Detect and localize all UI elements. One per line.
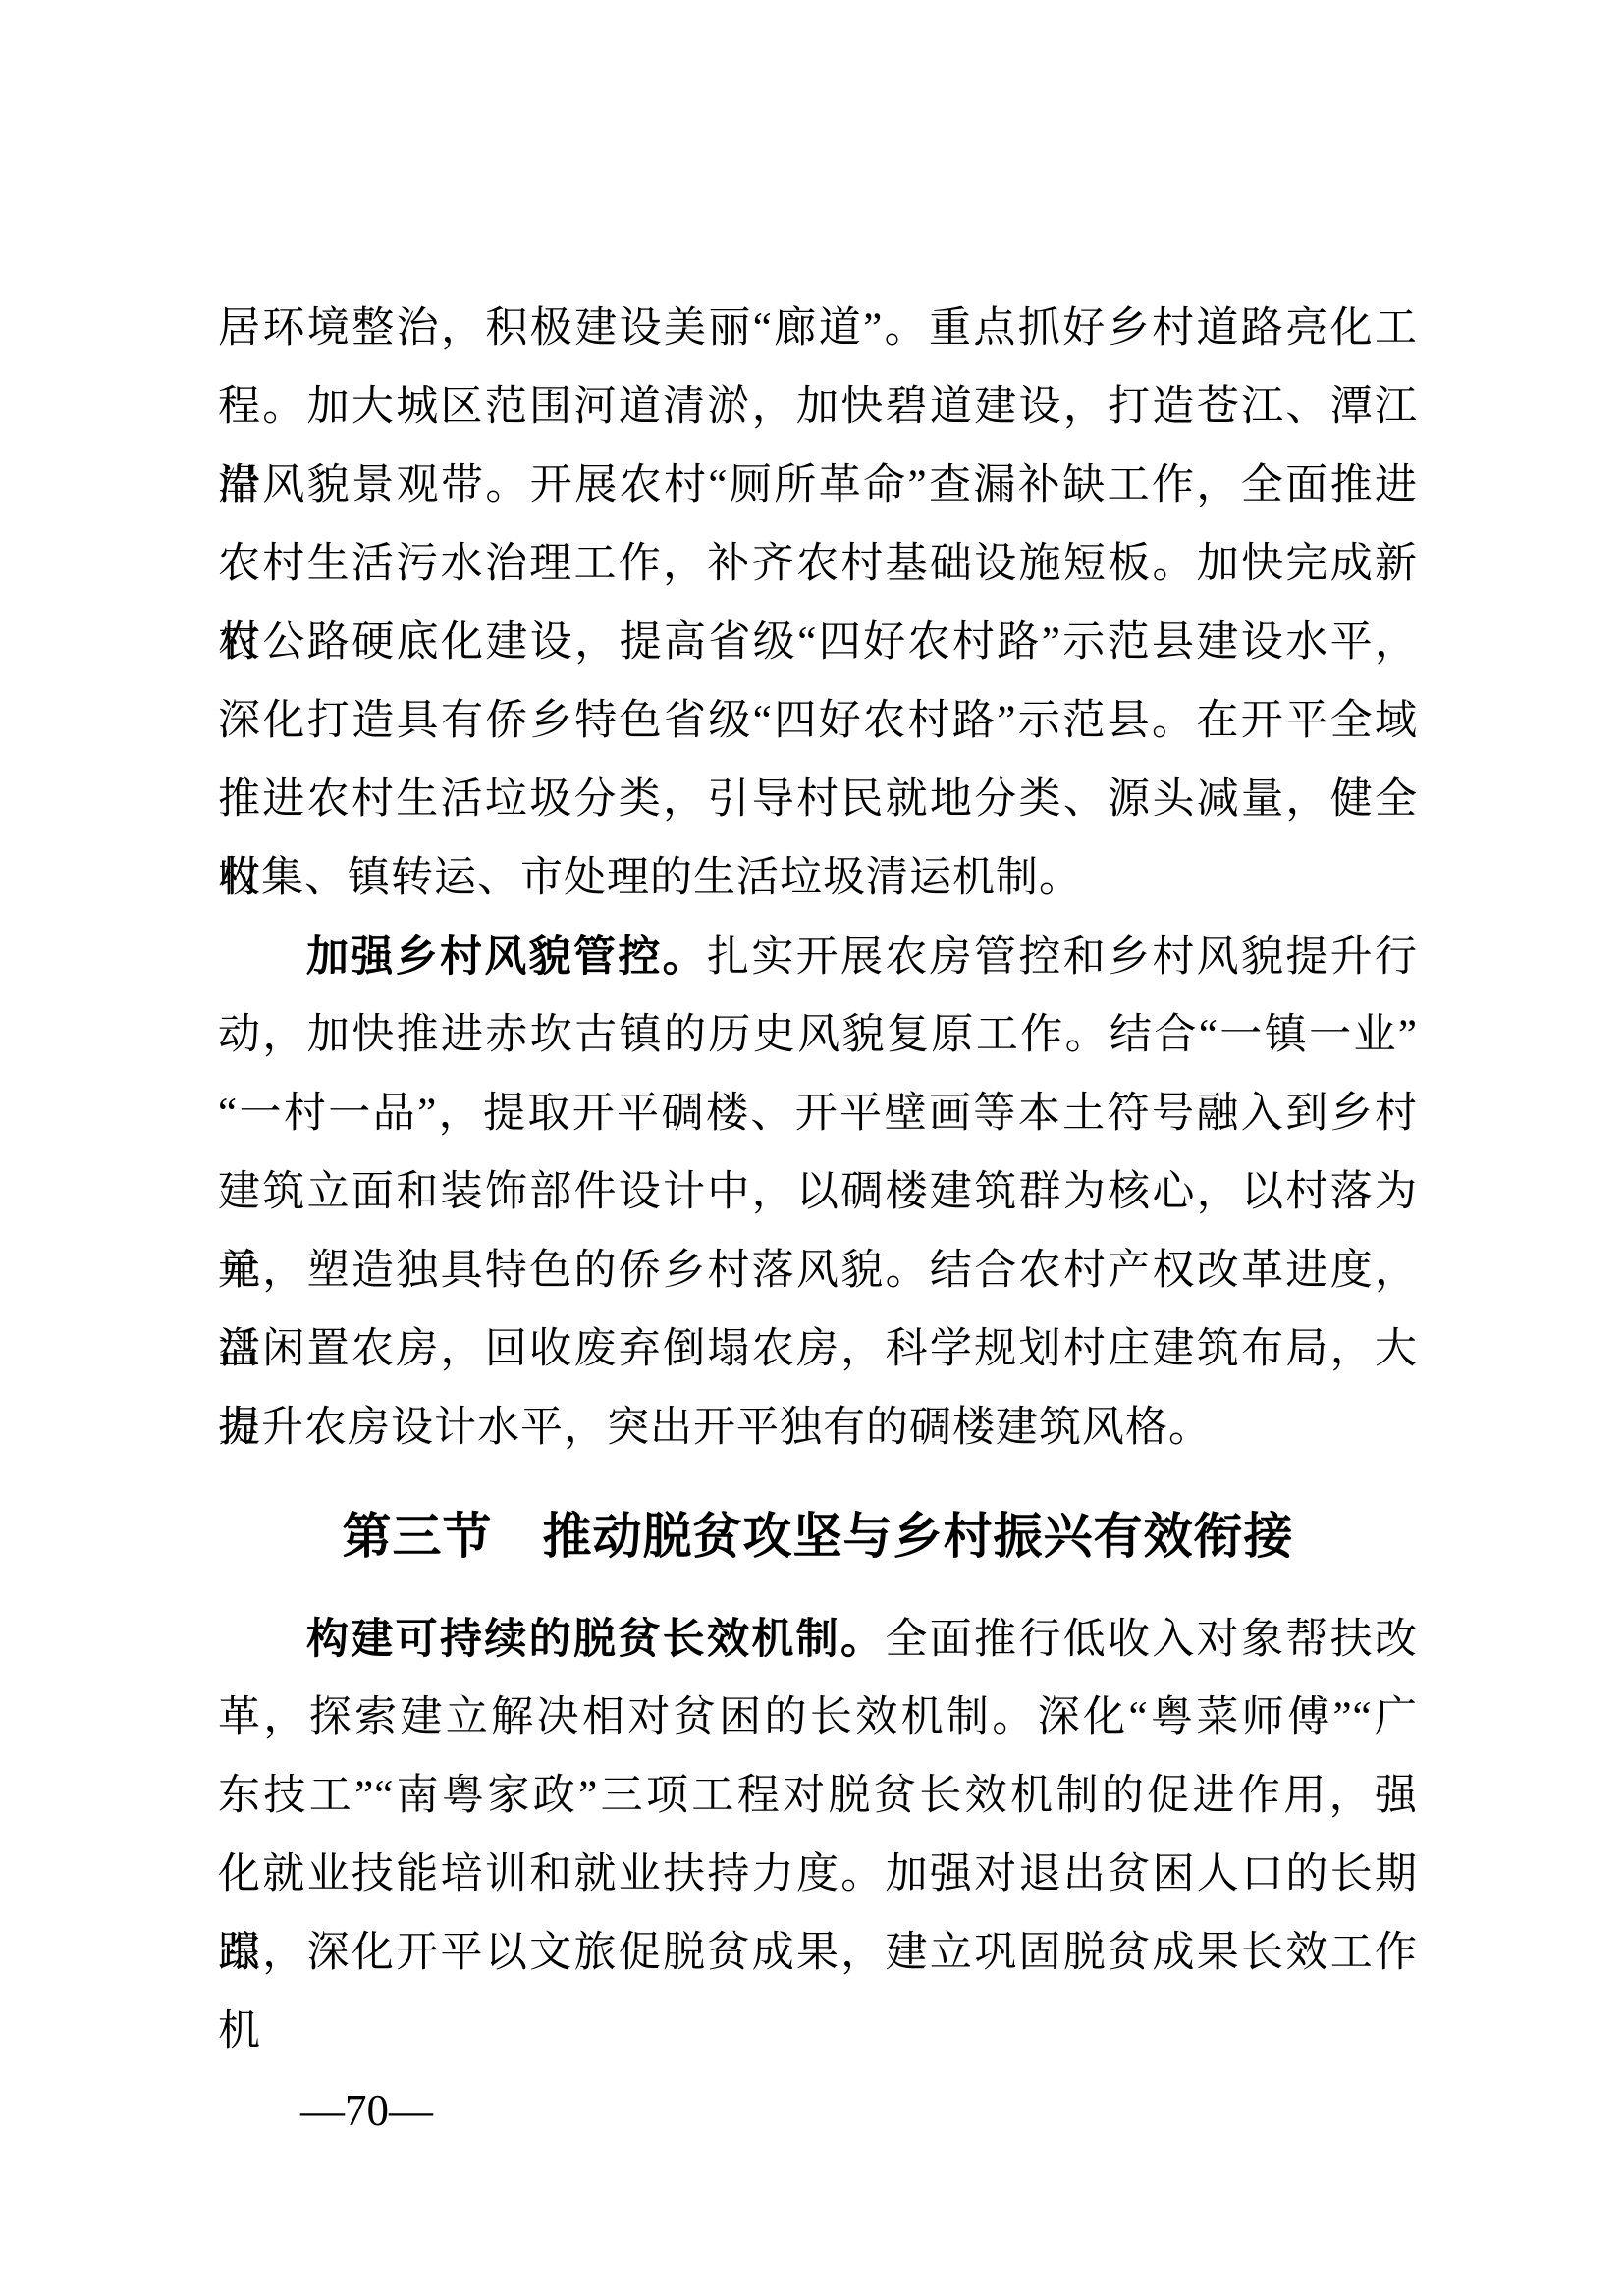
- page-number: —70—: [300, 2087, 433, 2134]
- body-text: 动，加快推进赤坎古镇的历史风貌复原工作。结合“一镇一业”: [218, 1012, 1418, 1058]
- text-line: 化就业技能培训和就业扶持力度。加强对退出贫困人口的长期跟: [218, 1836, 1418, 1914]
- text-line: 推进农村生活垃圾分类，引导村民就地分类、源头减量，健全村: [218, 761, 1418, 839]
- para-renju-huanjing: 居环境整治，积极建设美丽“廊道”。重点抓好乡村道路亮化工程。加大城区范围河道清淤…: [218, 290, 1418, 918]
- body-text: 扎实开展农房管控和乡村风貌提升行: [707, 934, 1418, 981]
- body-text: 收集、镇转运、市处理的生活垃圾清运机制。: [218, 855, 1082, 901]
- bold-lead-text: 构建可持续的脱贫长效机制。: [306, 1616, 885, 1663]
- text-line: 元，塑造独具特色的侨乡村落风貌。结合农村产权改革进度，盘: [218, 1232, 1418, 1310]
- text-block: 居环境整治，积极建设美丽“廊道”。重点抓好乡村道路亮化工程。加大城区范围河道清淤…: [218, 290, 1418, 1993]
- body-text: 革，探索建立解决相对贫困的长效机制。深化“粤菜师傅”“广: [218, 1694, 1418, 1740]
- text-line: 活闲置农房，回收废弃倒塌农房，科学规划村庄建筑布局，大力: [218, 1310, 1418, 1389]
- body-text: 全面推行低收入对象帮扶改: [885, 1617, 1418, 1663]
- body-text: 东技工”“南粤家政”三项工程对脱贫长效机制的促进作用，强: [218, 1773, 1418, 1819]
- text-line: 构建可持续的脱贫长效机制。全面推行低收入对象帮扶改: [218, 1600, 1418, 1679]
- text-line: 收集、镇转运、市处理的生活垃圾清运机制。: [218, 839, 1418, 918]
- bold-lead-text: 加强乡村风貌管控。: [306, 934, 707, 981]
- body-text: 岸风貌景观带。开展农村“厕所革命”查漏补缺工作，全面推进: [218, 462, 1418, 508]
- text-line: 程。加大城区范围河道清淤，加快碧道建设，打造苍江、潭江沿: [218, 368, 1418, 447]
- text-line: “一村一品”，提取开平碉楼、开平壁画等本土符号融入到乡村: [218, 1075, 1418, 1153]
- text-line: 踪，深化开平以文旅促脱贫成果，建立巩固脱贫成果长效工作机: [218, 1914, 1418, 1993]
- body-text: 提升农房设计水平，突出开平独有的碉楼建筑风格。: [218, 1405, 1212, 1451]
- text-line: 村公路硬底化建设，提高省级“四好农村路”示范县建设水平，: [218, 604, 1418, 682]
- section-heading: 第三节 推动脱贫攻坚与乡村振兴有效衔接: [218, 1497, 1418, 1575]
- text-line: 革，探索建立解决相对贫困的长效机制。深化“粤菜师傅”“广: [218, 1679, 1418, 1757]
- text-line: 加强乡村风貌管控。扎实开展农房管控和乡村风貌提升行: [218, 918, 1418, 996]
- text-line: 动，加快推进赤坎古镇的历史风貌复原工作。结合“一镇一业”: [218, 996, 1418, 1075]
- body-text: 深化打造具有侨乡特色省级“四好农村路”示范县。在开平全域: [218, 698, 1418, 744]
- para-tuopin-gongjian: 构建可持续的脱贫长效机制。全面推行低收入对象帮扶改革，探索建立解决相对贫困的长效…: [218, 1600, 1418, 1993]
- body-text: “一村一品”，提取开平碉楼、开平壁画等本土符号融入到乡村: [218, 1091, 1418, 1137]
- body-text: 踪，深化开平以文旅促脱贫成果，建立巩固脱贫成果长效工作机: [218, 1930, 1418, 2055]
- text-line: 居环境整治，积极建设美丽“廊道”。重点抓好乡村道路亮化工: [218, 290, 1418, 368]
- text-line: 农村生活污水治理工作，补齐农村基础设施短板。加快完成新农: [218, 525, 1418, 604]
- document-page: 居环境整治，积极建设美丽“廊道”。重点抓好乡村道路亮化工程。加大城区范围河道清淤…: [0, 0, 1624, 2296]
- para-xiangcun-fengmao: 加强乡村风貌管控。扎实开展农房管控和乡村风貌提升行动，加快推进赤坎古镇的历史风貌…: [218, 918, 1418, 1468]
- text-line: 岸风貌景观带。开展农村“厕所革命”查漏补缺工作，全面推进: [218, 447, 1418, 525]
- body-text: 居环境整治，积极建设美丽“廊道”。重点抓好乡村道路亮化工: [218, 305, 1418, 351]
- text-line: 建筑立面和装饰部件设计中，以碉楼建筑群为核心，以村落为单: [218, 1153, 1418, 1232]
- text-line: 提升农房设计水平，突出开平独有的碉楼建筑风格。: [218, 1389, 1418, 1468]
- text-line: 深化打造具有侨乡特色省级“四好农村路”示范县。在开平全域: [218, 682, 1418, 761]
- body-text: 村公路硬底化建设，提高省级“四好农村路”示范县建设水平，: [218, 619, 1418, 666]
- text-line: 东技工”“南粤家政”三项工程对脱贫长效机制的促进作用，强: [218, 1757, 1418, 1836]
